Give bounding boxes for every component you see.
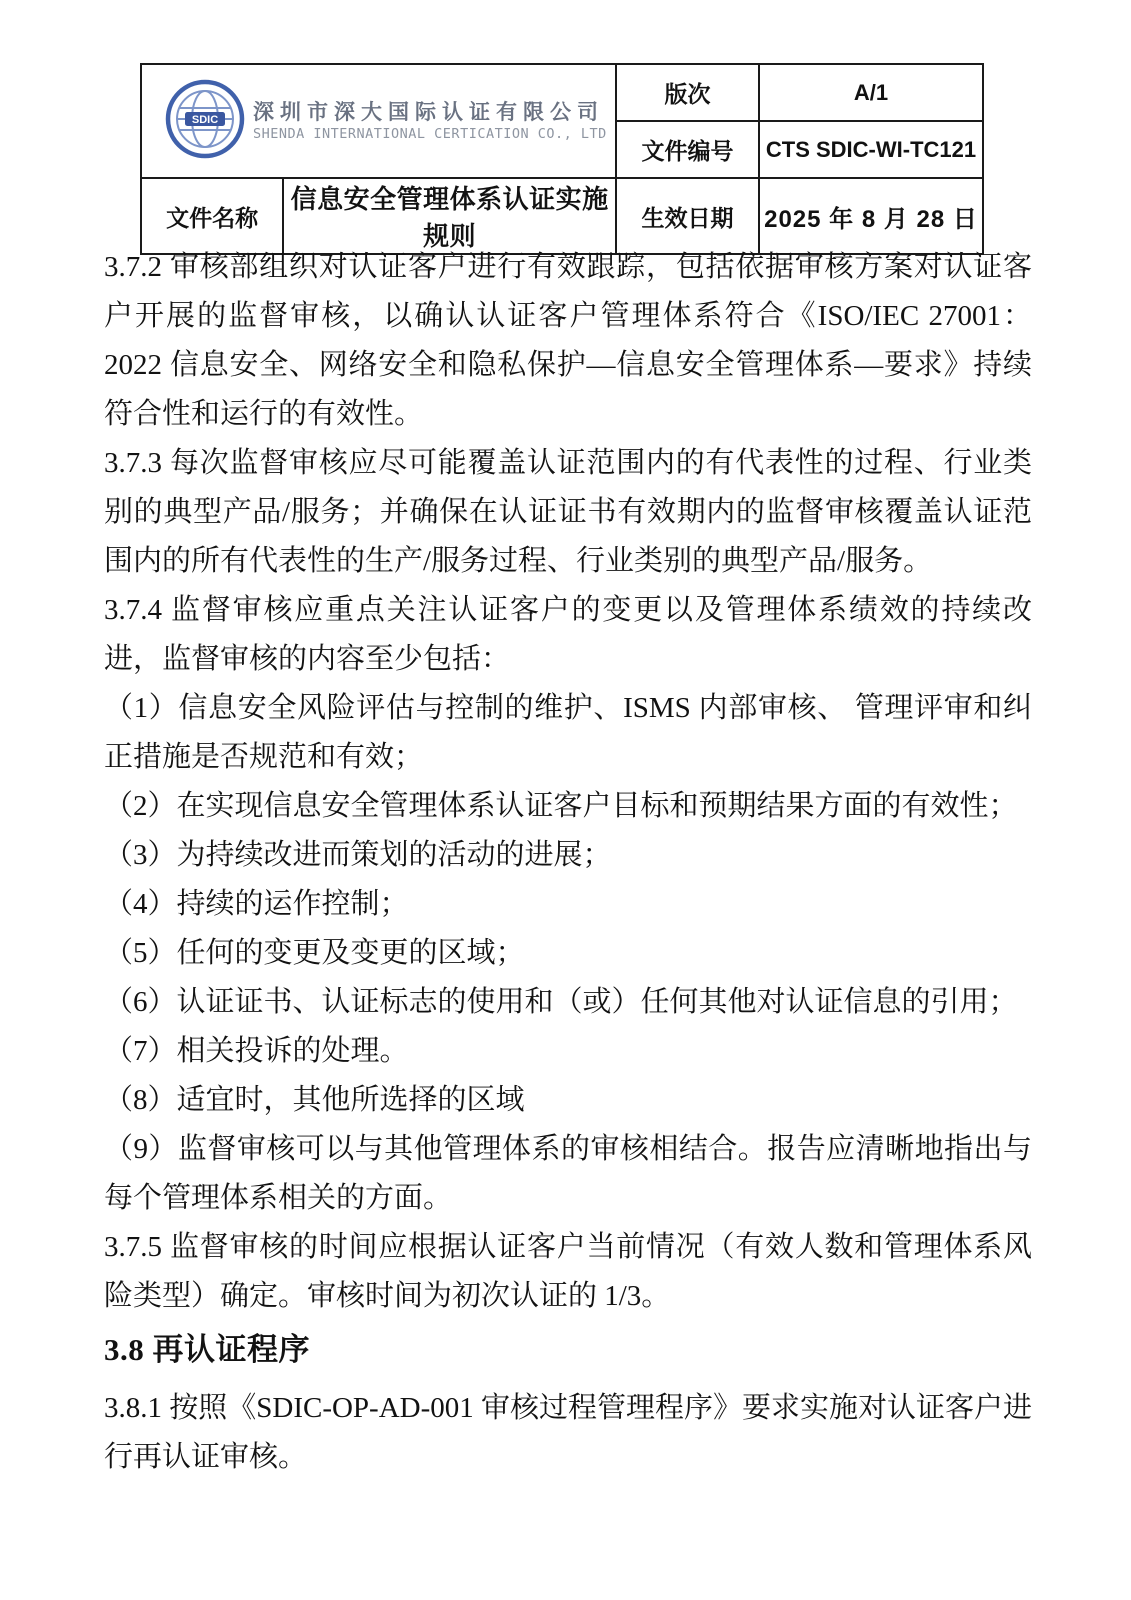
list-item-4: （4）持续的运作控制； <box>104 880 1032 929</box>
paragraph-3-7-4: 3.7.4 监督审核应重点关注认证客户的变更以及管理体系绩效的持续改进，监督审核… <box>104 586 1032 684</box>
version-value: A/1 <box>759 64 983 121</box>
document-page: SDIC 深圳市深大国际认证有限公司 SHENDA INTERNATIONAL … <box>0 0 1131 1600</box>
sdic-logo-icon: SDIC <box>164 78 246 165</box>
document-body: 3.7.2 审核部组织对认证客户进行有效跟踪，包括依据审核方案对认证客户开展的监… <box>104 243 1032 1482</box>
paragraph-3-7-5: 3.7.5 监督审核的时间应根据认证客户当前情况（有效人数和管理体系风险类型）确… <box>104 1223 1032 1321</box>
list-item-7: （7）相关投诉的处理。 <box>104 1027 1032 1076</box>
logo-emblem-text: SDIC <box>192 114 218 126</box>
list-item-1: （1）信息安全风险评估与控制的维护、ISMS 内部审核、 管理评审和纠正措施是否… <box>104 684 1032 782</box>
org-name-cn: 深圳市深大国际认证有限公司 <box>253 99 607 125</box>
paragraph-3-8-1: 3.8.1 按照《SDIC-OP-AD-001 审核过程管理程序》要求实施对认证… <box>104 1384 1032 1482</box>
list-item-6: （6）认证证书、认证标志的使用和（或）任何其他对认证信息的引用； <box>104 978 1032 1027</box>
list-item-2: （2）在实现信息安全管理体系认证客户目标和预期结果方面的有效性； <box>104 782 1032 831</box>
header-table: SDIC 深圳市深大国际认证有限公司 SHENDA INTERNATIONAL … <box>140 63 984 255</box>
list-item-9: （9）监督审核可以与其他管理体系的审核相结合。报告应清晰地指出与每个管理体系相关… <box>104 1125 1032 1223</box>
version-label: 版次 <box>616 64 759 121</box>
doc-number-value: CTS SDIC-WI-TC121 <box>759 121 983 178</box>
paragraph-3-7-3: 3.7.3 每次监督审核应尽可能覆盖认证范围内的有代表性的过程、行业类别的典型产… <box>104 439 1032 586</box>
paragraph-3-7-2: 3.7.2 审核部组织对认证客户进行有效跟踪，包括依据审核方案对认证客户开展的监… <box>104 243 1032 439</box>
list-item-3: （3）为持续改进而策划的活动的进展； <box>104 831 1032 880</box>
list-item-8: （8）适宜时，其他所选择的区域 <box>104 1076 1032 1125</box>
doc-number-label: 文件编号 <box>616 121 759 178</box>
section-heading-3-8: 3.8 再认证程序 <box>104 1325 1032 1374</box>
list-item-5: （5）任何的变更及变更的区域； <box>104 929 1032 978</box>
org-name-en: SHENDA INTERNATIONAL CERTICATION CO., LT… <box>253 126 607 143</box>
header-logo-cell: SDIC 深圳市深大国际认证有限公司 SHENDA INTERNATIONAL … <box>141 64 616 178</box>
